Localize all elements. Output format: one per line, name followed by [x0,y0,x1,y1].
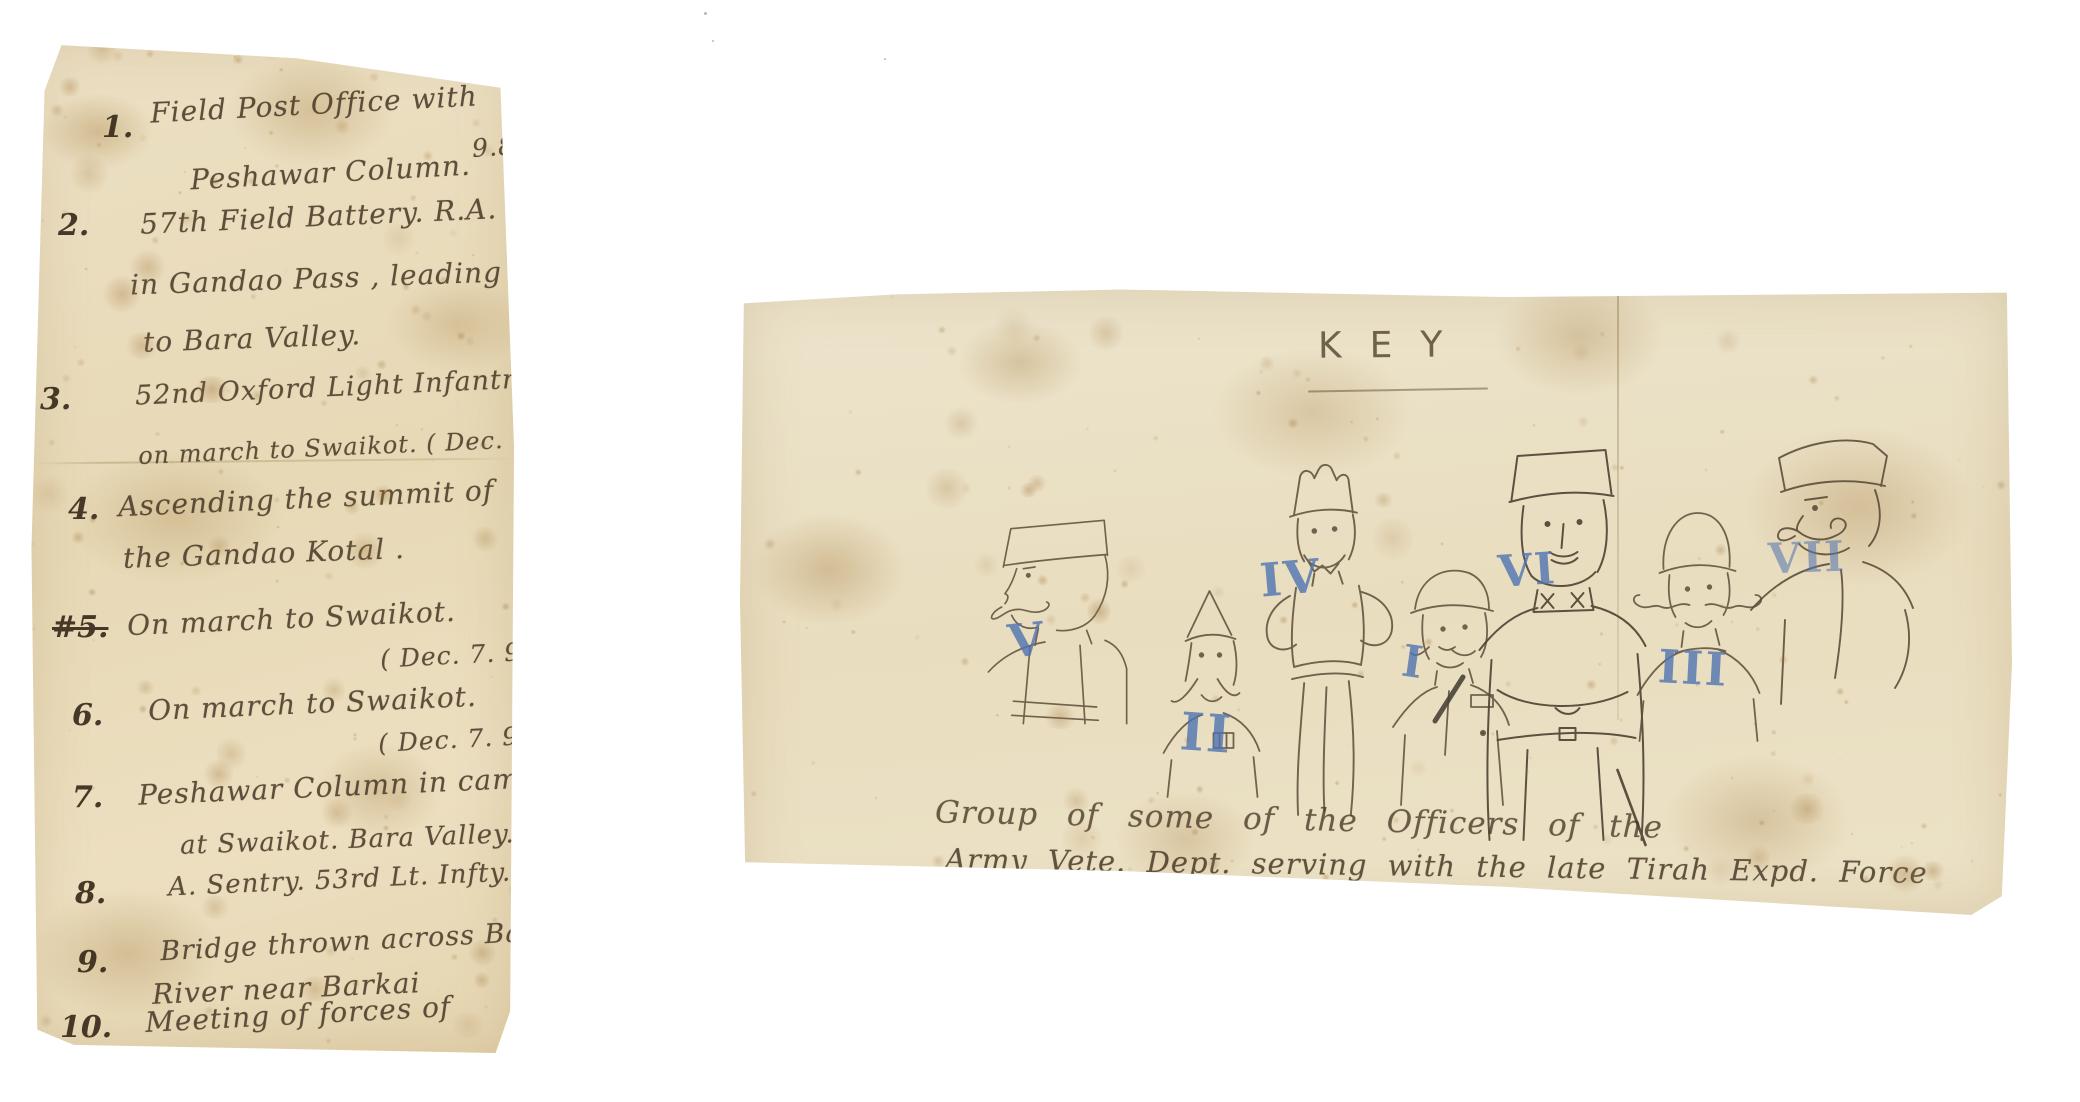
paper-stain [308,41,317,52]
paper-stain [1195,890,1218,913]
key-sheet: KEY V [740,287,2012,915]
paper-stain [1259,910,1263,913]
background-speck [884,58,886,60]
item-number-7: 7. [72,780,103,815]
figure-numeral-III: III [1657,639,1730,697]
paper-stain [512,218,515,221]
item-number-3: 3. [40,382,71,417]
item-number-9: 9. [77,945,108,980]
paper-stain [1427,894,1433,902]
figure-numeral-VII: VII [1767,532,1847,584]
item-number-1: 1. [102,110,133,145]
key-title: KEY [1318,324,1471,366]
item-number-10: 10. [60,1010,112,1045]
item-number-8: 8. [75,876,106,911]
background-speck [704,12,707,15]
item-number-2: 2. [58,208,89,243]
paper-stain [436,36,452,55]
item-number-6: 6. [72,698,103,733]
scanned-document-page: 1. Field Post Office with Peshawar Colum… [0,0,2080,1102]
figure-numeral-IV: IV [1258,548,1324,607]
item-number-5: #5. [52,610,108,645]
paper-stain [1501,287,1506,293]
left-note-sheet: 1. Field Post Office with Peshawar Colum… [30,40,515,1055]
note-line: 9.80 [471,130,533,163]
figure-numeral-VI: VI [1496,543,1558,598]
officer-sketch-1 [980,492,1130,756]
paper-stain [26,406,36,415]
item-number-4: 4. [68,492,99,527]
figure-numeral-V: V [1005,611,1048,669]
background-speck [712,40,714,42]
figure-numeral-II: II [1178,701,1235,766]
paper-stain [1584,892,1592,901]
paper-stain [31,459,34,463]
